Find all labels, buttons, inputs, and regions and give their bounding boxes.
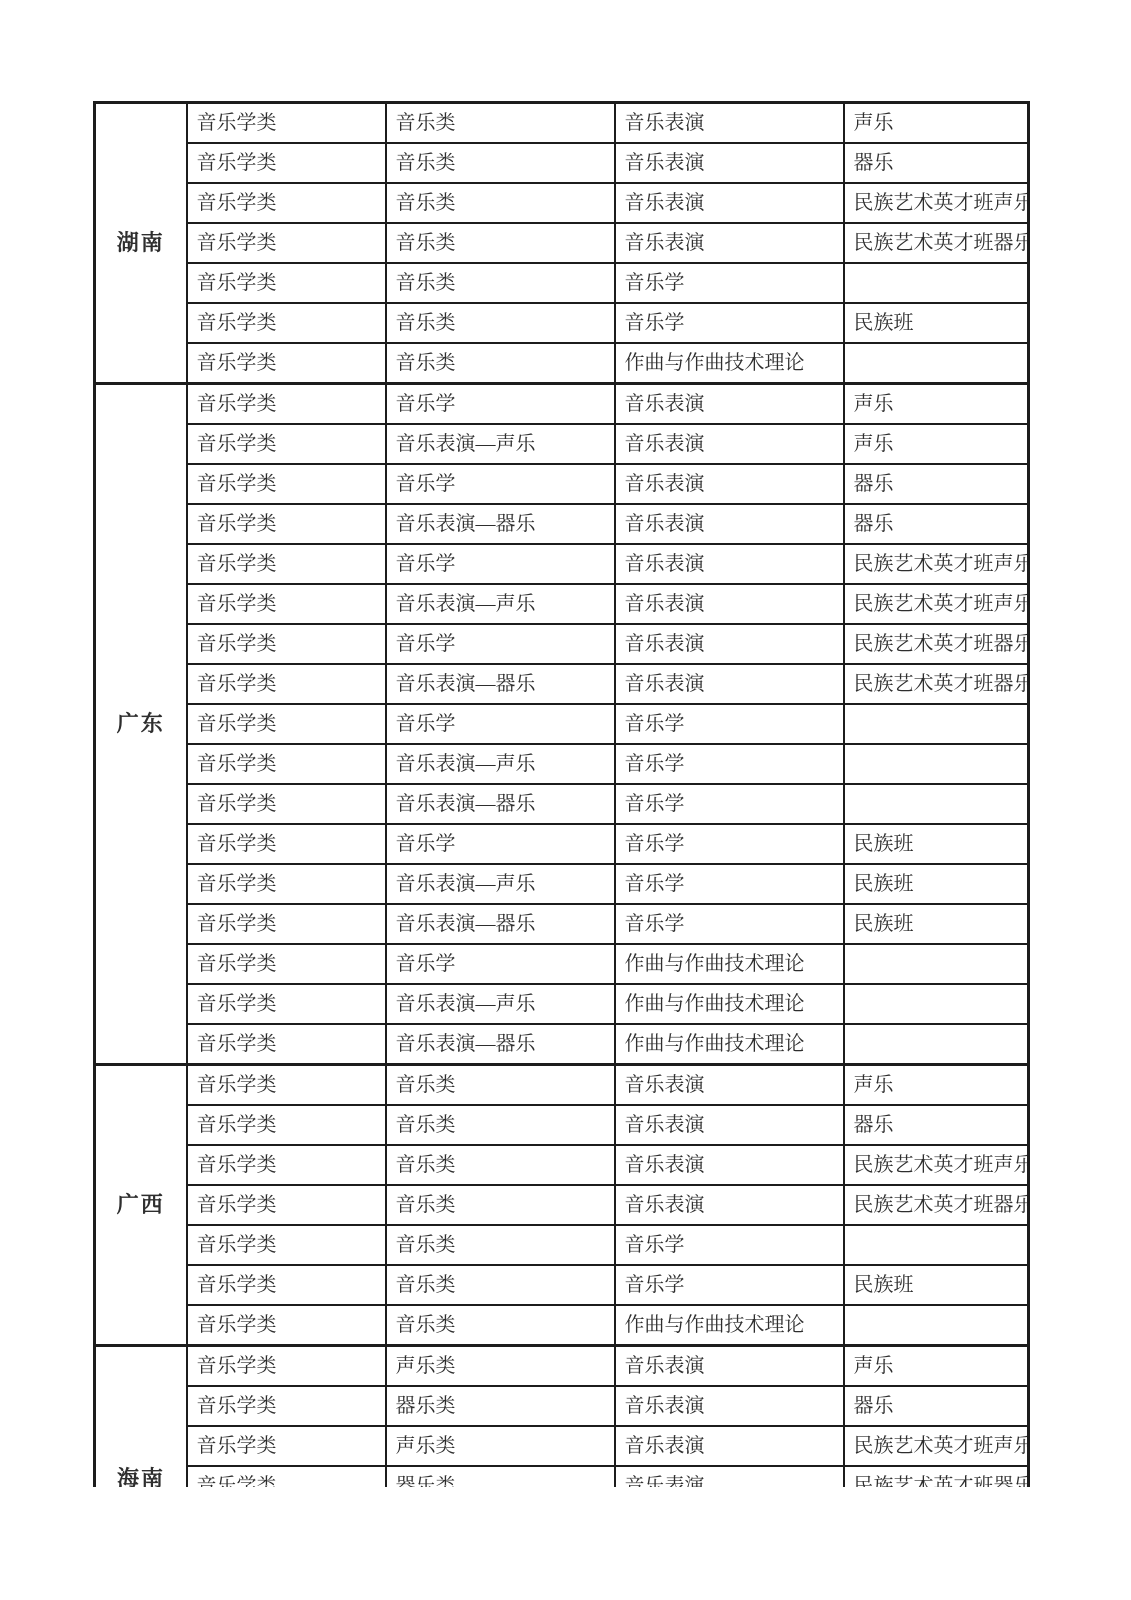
table-row: 音乐学类声乐类音乐表演民族艺术英才班声乐 bbox=[95, 1426, 1029, 1466]
table-cell: 音乐学类 bbox=[187, 624, 386, 664]
province-section: 湖南音乐学类音乐类音乐表演声乐音乐学类音乐类音乐表演器乐音乐学类音乐类音乐表演民… bbox=[95, 103, 1029, 384]
table-row: 音乐学类音乐类音乐表演民族艺术英才班器乐 bbox=[95, 1185, 1029, 1225]
table-cell: 民族班 bbox=[844, 904, 1029, 944]
table-cell: 音乐表演 bbox=[615, 1065, 844, 1106]
table-left-border-stub bbox=[93, 1466, 96, 1487]
table-cell: 音乐表演—声乐 bbox=[386, 864, 615, 904]
table-row: 音乐学类音乐表演—器乐音乐表演器乐 bbox=[95, 504, 1029, 544]
table-cell bbox=[844, 944, 1029, 984]
table-cell: 音乐学类 bbox=[187, 864, 386, 904]
table-cell: 音乐表演 bbox=[615, 584, 844, 624]
table-cell: 音乐学类 bbox=[187, 1145, 386, 1185]
table-cell: 音乐类 bbox=[386, 223, 615, 263]
table-cell: 音乐类 bbox=[386, 303, 615, 343]
table-cell: 音乐学 bbox=[386, 384, 615, 425]
table-row: 音乐学类音乐学音乐学 bbox=[95, 704, 1029, 744]
table-cell bbox=[844, 744, 1029, 784]
table-cell: 音乐表演 bbox=[615, 664, 844, 704]
table-cell: 音乐学 bbox=[615, 1265, 844, 1305]
table-cell: 音乐学类 bbox=[187, 784, 386, 824]
table-cell: 器乐类 bbox=[386, 1386, 615, 1426]
table-cell: 音乐学类 bbox=[187, 143, 386, 183]
table-cell: 民族艺术英才班声乐 bbox=[844, 584, 1029, 624]
table-cell: 声乐类 bbox=[386, 1346, 615, 1387]
table-cell: 音乐表演 bbox=[615, 1346, 844, 1387]
table-cell: 民族班 bbox=[844, 864, 1029, 904]
table-row: 音乐学类音乐表演—声乐音乐学民族班 bbox=[95, 864, 1029, 904]
table-cell: 声乐 bbox=[844, 424, 1029, 464]
table-cell: 音乐类 bbox=[386, 1305, 615, 1346]
table-cell bbox=[844, 1305, 1029, 1346]
table-cell: 民族班 bbox=[844, 1265, 1029, 1305]
table-cell: 音乐学类 bbox=[187, 1105, 386, 1145]
table-cell: 音乐学 bbox=[615, 904, 844, 944]
table-row: 音乐学类音乐类音乐学民族班 bbox=[95, 303, 1029, 343]
table-cell: 音乐学类 bbox=[187, 303, 386, 343]
table-cell: 音乐学类 bbox=[187, 263, 386, 303]
table-cell: 音乐学 bbox=[615, 303, 844, 343]
table-cell: 民族艺术英才班器乐 bbox=[844, 624, 1029, 664]
table-cell bbox=[844, 784, 1029, 824]
table-cell: 器乐 bbox=[844, 464, 1029, 504]
table-cell: 作曲与作曲技术理论 bbox=[615, 944, 844, 984]
table-row: 音乐学类音乐表演—声乐音乐表演民族艺术英才班声乐 bbox=[95, 584, 1029, 624]
table-cell: 音乐表演—声乐 bbox=[386, 984, 615, 1024]
table-cell: 音乐表演—声乐 bbox=[386, 584, 615, 624]
table-row: 音乐学类音乐类音乐表演器乐 bbox=[95, 143, 1029, 183]
table-row: 音乐学类音乐表演—声乐音乐表演声乐 bbox=[95, 424, 1029, 464]
table-cell bbox=[844, 704, 1029, 744]
table-cell: 音乐表演 bbox=[615, 1185, 844, 1225]
table-cell: 音乐学 bbox=[615, 704, 844, 744]
table-cell: 音乐表演 bbox=[615, 424, 844, 464]
table-cell: 音乐表演 bbox=[615, 143, 844, 183]
table-cell: 音乐表演 bbox=[615, 464, 844, 504]
table-cell: 音乐学 bbox=[386, 704, 615, 744]
table-cell: 音乐表演 bbox=[615, 103, 844, 144]
table-cell: 音乐类 bbox=[386, 183, 615, 223]
table-row: 音乐学类器乐类音乐表演民族艺术英才班器乐 bbox=[95, 1466, 1029, 1487]
table-cell: 作曲与作曲技术理论 bbox=[615, 1305, 844, 1346]
table-row: 广西音乐学类音乐类音乐表演声乐 bbox=[95, 1065, 1029, 1106]
table-cell: 民族班 bbox=[844, 303, 1029, 343]
table-cell: 音乐类 bbox=[386, 1105, 615, 1145]
table-cell: 音乐表演—器乐 bbox=[386, 904, 615, 944]
table-row: 音乐学类音乐类音乐表演民族艺术英才班声乐 bbox=[95, 1145, 1029, 1185]
table-cell: 民族班 bbox=[844, 824, 1029, 864]
table-cell: 音乐类 bbox=[386, 1225, 615, 1265]
table-cell: 音乐学类 bbox=[187, 664, 386, 704]
table-cell: 音乐学 bbox=[615, 824, 844, 864]
table-row: 音乐学类音乐表演—声乐音乐学 bbox=[95, 744, 1029, 784]
table-cell: 音乐学类 bbox=[187, 1466, 386, 1487]
table-cell: 音乐学类 bbox=[187, 584, 386, 624]
table-cell: 音乐表演—声乐 bbox=[386, 744, 615, 784]
table-cell: 音乐学类 bbox=[187, 343, 386, 384]
table-cell: 音乐表演 bbox=[615, 624, 844, 664]
table-cell: 民族艺术英才班器乐 bbox=[844, 1466, 1029, 1487]
table-cell: 民族艺术英才班声乐 bbox=[844, 183, 1029, 223]
table-cell: 音乐学类 bbox=[187, 1024, 386, 1065]
table-cell: 音乐表演 bbox=[615, 1466, 844, 1487]
table-cell: 音乐类 bbox=[386, 1145, 615, 1185]
province-section: 广东音乐学类音乐学音乐表演声乐音乐学类音乐表演—声乐音乐表演声乐音乐学类音乐学音… bbox=[95, 384, 1029, 1065]
table-cell: 音乐学类 bbox=[187, 824, 386, 864]
table-cell: 音乐表演—器乐 bbox=[386, 1024, 615, 1065]
table-cell: 音乐类 bbox=[386, 343, 615, 384]
table-cell bbox=[844, 984, 1029, 1024]
table-cell: 音乐学类 bbox=[187, 1305, 386, 1346]
table-cell: 民族艺术英才班声乐 bbox=[844, 544, 1029, 584]
province-cell: 广东 bbox=[95, 384, 187, 1065]
table-cell: 音乐表演 bbox=[615, 1145, 844, 1185]
table-cell: 音乐学类 bbox=[187, 1185, 386, 1225]
table-cell bbox=[844, 343, 1029, 384]
table-row: 音乐学类音乐学音乐表演民族艺术英才班器乐 bbox=[95, 624, 1029, 664]
province-section: 音乐学类声乐类音乐表演声乐音乐学类器乐类音乐表演器乐音乐学类声乐类音乐表演民族艺… bbox=[95, 1346, 1029, 1488]
table-cell: 音乐学类 bbox=[187, 1225, 386, 1265]
table-cell: 音乐学类 bbox=[187, 944, 386, 984]
table-cell: 民族艺术英才班器乐 bbox=[844, 664, 1029, 704]
table-cell: 音乐表演 bbox=[615, 183, 844, 223]
table-cell: 音乐表演—声乐 bbox=[386, 424, 615, 464]
table-cell: 音乐学 bbox=[386, 544, 615, 584]
table-cell: 音乐学类 bbox=[187, 384, 386, 425]
table-row: 音乐学类音乐类作曲与作曲技术理论 bbox=[95, 1305, 1029, 1346]
table-cell: 音乐学 bbox=[386, 624, 615, 664]
table-cell: 音乐表演 bbox=[615, 223, 844, 263]
table-cell: 作曲与作曲技术理论 bbox=[615, 343, 844, 384]
table-cell: 音乐学类 bbox=[187, 103, 386, 144]
table-cell: 音乐表演 bbox=[615, 544, 844, 584]
table-cell: 音乐类 bbox=[386, 263, 615, 303]
table-cell: 音乐学类 bbox=[187, 1065, 386, 1106]
table-cell: 音乐学 bbox=[386, 824, 615, 864]
table-cell: 器乐 bbox=[844, 1105, 1029, 1145]
table-row: 音乐学类音乐类音乐表演民族艺术英才班器乐 bbox=[95, 223, 1029, 263]
table-cell: 音乐学 bbox=[615, 263, 844, 303]
table-cell: 作曲与作曲技术理论 bbox=[615, 984, 844, 1024]
table-cell: 音乐学类 bbox=[187, 1265, 386, 1305]
document-page: 湖南音乐学类音乐类音乐表演声乐音乐学类音乐类音乐表演器乐音乐学类音乐类音乐表演民… bbox=[0, 0, 1131, 1600]
table-cell: 音乐表演 bbox=[615, 1426, 844, 1466]
table-cell: 音乐类 bbox=[386, 1265, 615, 1305]
table-cell: 音乐学 bbox=[615, 1225, 844, 1265]
table-cell: 声乐 bbox=[844, 103, 1029, 144]
table-cell: 民族艺术英才班声乐 bbox=[844, 1426, 1029, 1466]
table-cell: 音乐学 bbox=[386, 944, 615, 984]
table-cell: 音乐表演 bbox=[615, 1105, 844, 1145]
table-row: 音乐学类音乐学音乐学民族班 bbox=[95, 824, 1029, 864]
table-cell: 声乐 bbox=[844, 1065, 1029, 1106]
table-row: 音乐学类器乐类音乐表演器乐 bbox=[95, 1386, 1029, 1426]
table-cell: 声乐 bbox=[844, 384, 1029, 425]
table-cell: 音乐学类 bbox=[187, 1346, 386, 1387]
table-cell: 音乐学类 bbox=[187, 704, 386, 744]
table-row: 音乐学类音乐表演—器乐音乐表演民族艺术英才班器乐 bbox=[95, 664, 1029, 704]
table-cell: 音乐表演—器乐 bbox=[386, 784, 615, 824]
table-cell: 音乐学类 bbox=[187, 183, 386, 223]
table-cell: 音乐学类 bbox=[187, 223, 386, 263]
table-cell: 民族艺术英才班器乐 bbox=[844, 223, 1029, 263]
admission-majors-table: 湖南音乐学类音乐类音乐表演声乐音乐学类音乐类音乐表演器乐音乐学类音乐类音乐表演民… bbox=[93, 101, 1030, 1487]
table-cell: 音乐学 bbox=[386, 464, 615, 504]
table-row: 音乐学类音乐类音乐学 bbox=[95, 263, 1029, 303]
table-row: 音乐学类音乐表演—器乐音乐学 bbox=[95, 784, 1029, 824]
table-cell bbox=[844, 263, 1029, 303]
table-cell: 音乐类 bbox=[386, 103, 615, 144]
table-row: 音乐学类音乐类音乐表演器乐 bbox=[95, 1105, 1029, 1145]
table-row: 音乐学类音乐学作曲与作曲技术理论 bbox=[95, 944, 1029, 984]
table-cell: 音乐学类 bbox=[187, 1386, 386, 1426]
province-cell: 湖南 bbox=[95, 103, 187, 384]
table-row: 音乐学类音乐表演—声乐作曲与作曲技术理论 bbox=[95, 984, 1029, 1024]
table-cell: 音乐学类 bbox=[187, 744, 386, 784]
table-cell: 音乐学类 bbox=[187, 504, 386, 544]
province-cell: 广西 bbox=[95, 1065, 187, 1346]
table-cell: 音乐学类 bbox=[187, 904, 386, 944]
table-row: 音乐学类音乐类音乐表演民族艺术英才班声乐 bbox=[95, 183, 1029, 223]
table-row: 音乐学类声乐类音乐表演声乐 bbox=[95, 1346, 1029, 1387]
table-cell: 音乐学类 bbox=[187, 984, 386, 1024]
province-section: 广西音乐学类音乐类音乐表演声乐音乐学类音乐类音乐表演器乐音乐学类音乐类音乐表演民… bbox=[95, 1065, 1029, 1346]
table-cell: 音乐学类 bbox=[187, 464, 386, 504]
table-row: 广东音乐学类音乐学音乐表演声乐 bbox=[95, 384, 1029, 425]
table-cell: 音乐类 bbox=[386, 1065, 615, 1106]
table-cell: 民族艺术英才班声乐 bbox=[844, 1145, 1029, 1185]
table-cell: 音乐类 bbox=[386, 1185, 615, 1225]
table-row: 音乐学类音乐学音乐表演器乐 bbox=[95, 464, 1029, 504]
table-cell: 音乐类 bbox=[386, 143, 615, 183]
table-row: 湖南音乐学类音乐类音乐表演声乐 bbox=[95, 103, 1029, 144]
table-cell bbox=[844, 1024, 1029, 1065]
table-cell: 民族艺术英才班器乐 bbox=[844, 1185, 1029, 1225]
table-cell: 音乐学类 bbox=[187, 1426, 386, 1466]
province-label-clipped: 海南 bbox=[96, 1468, 186, 1487]
table-cell: 器乐 bbox=[844, 1386, 1029, 1426]
table-cell: 音乐学类 bbox=[187, 424, 386, 464]
table-cell: 音乐表演 bbox=[615, 384, 844, 425]
table-cell: 音乐学类 bbox=[187, 544, 386, 584]
table-cell: 音乐学 bbox=[615, 784, 844, 824]
table-clip-region: 湖南音乐学类音乐类音乐表演声乐音乐学类音乐类音乐表演器乐音乐学类音乐类音乐表演民… bbox=[0, 0, 1131, 1487]
table-cell: 作曲与作曲技术理论 bbox=[615, 1024, 844, 1065]
table-cell: 声乐 bbox=[844, 1346, 1029, 1387]
table-row: 音乐学类音乐表演—器乐作曲与作曲技术理论 bbox=[95, 1024, 1029, 1065]
table-cell: 音乐学 bbox=[615, 744, 844, 784]
table-cell: 器乐 bbox=[844, 504, 1029, 544]
table-cell: 声乐类 bbox=[386, 1426, 615, 1466]
table-cell: 音乐表演—器乐 bbox=[386, 664, 615, 704]
table-row: 音乐学类音乐类音乐学民族班 bbox=[95, 1265, 1029, 1305]
table-row: 音乐学类音乐学音乐表演民族艺术英才班声乐 bbox=[95, 544, 1029, 584]
table-row: 音乐学类音乐类音乐学 bbox=[95, 1225, 1029, 1265]
table-cell: 器乐 bbox=[844, 143, 1029, 183]
table-row: 音乐学类音乐表演—器乐音乐学民族班 bbox=[95, 904, 1029, 944]
table-cell: 器乐类 bbox=[386, 1466, 615, 1487]
table-cell: 音乐表演 bbox=[615, 504, 844, 544]
table-cell: 音乐学 bbox=[615, 864, 844, 904]
table-row: 音乐学类音乐类作曲与作曲技术理论 bbox=[95, 343, 1029, 384]
table-cell: 音乐表演—器乐 bbox=[386, 504, 615, 544]
table-cell bbox=[844, 1225, 1029, 1265]
table-cell: 音乐表演 bbox=[615, 1386, 844, 1426]
